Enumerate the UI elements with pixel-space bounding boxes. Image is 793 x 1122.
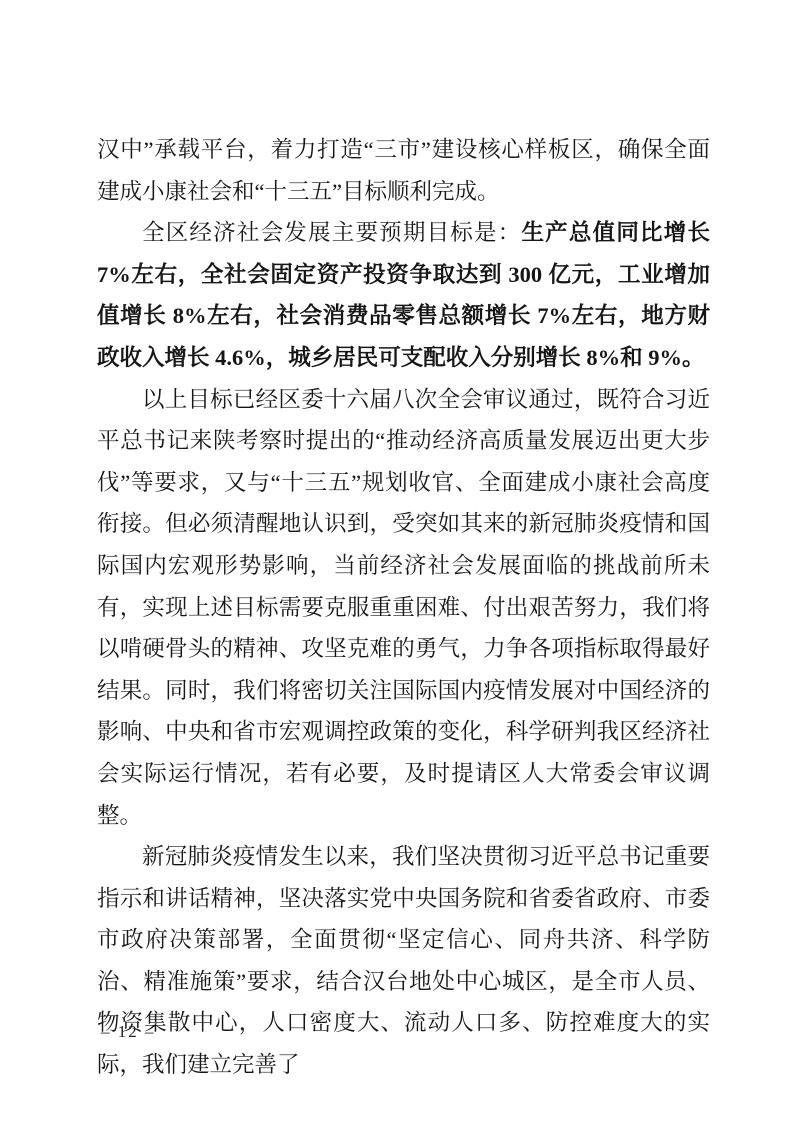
paragraph-epidemic-response: 新冠肺炎疫情发生以来，我们坚决贯彻习近平总书记重要指示和讲话精神，坚决落实党中央… <box>97 836 710 1086</box>
document-page: 汉中”承载平台，着力打造“三市”建设核心样板区，确保全面建成小康社会和“十三五”… <box>0 0 793 1122</box>
page-number: – 12 – <box>101 1022 156 1042</box>
paragraph-text: 汉中”承载平台，着力打造“三市”建设核心样板区，确保全面建成小康社会和“十三五”… <box>97 137 710 204</box>
paragraph-growth-targets: 全区经济社会发展主要预期目标是：生产总值同比增长 7%左右，全社会固定资产投资争… <box>97 212 710 378</box>
text-block: 汉中”承载平台，着力打造“三市”建设核心样板区，确保全面建成小康社会和“十三五”… <box>97 129 710 1086</box>
paragraph-continuation: 汉中”承载平台，着力打造“三市”建设核心样板区，确保全面建成小康社会和“十三五”… <box>97 129 710 212</box>
paragraph-text: 全区经济社会发展主要预期目标是： <box>142 220 521 245</box>
paragraph-text: 以上目标已经区委十六届八次全会审议通过，既符合习近平总书记来陕考察时提出的“推动… <box>97 387 710 828</box>
paragraph-text: 新冠肺炎疫情发生以来，我们坚决贯彻习近平总书记重要指示和讲话精神，坚决落实党中央… <box>97 844 710 1077</box>
paragraph-targets-review: 以上目标已经区委十六届八次全会审议通过，既符合习近平总书记来陕考察时提出的“推动… <box>97 379 710 837</box>
